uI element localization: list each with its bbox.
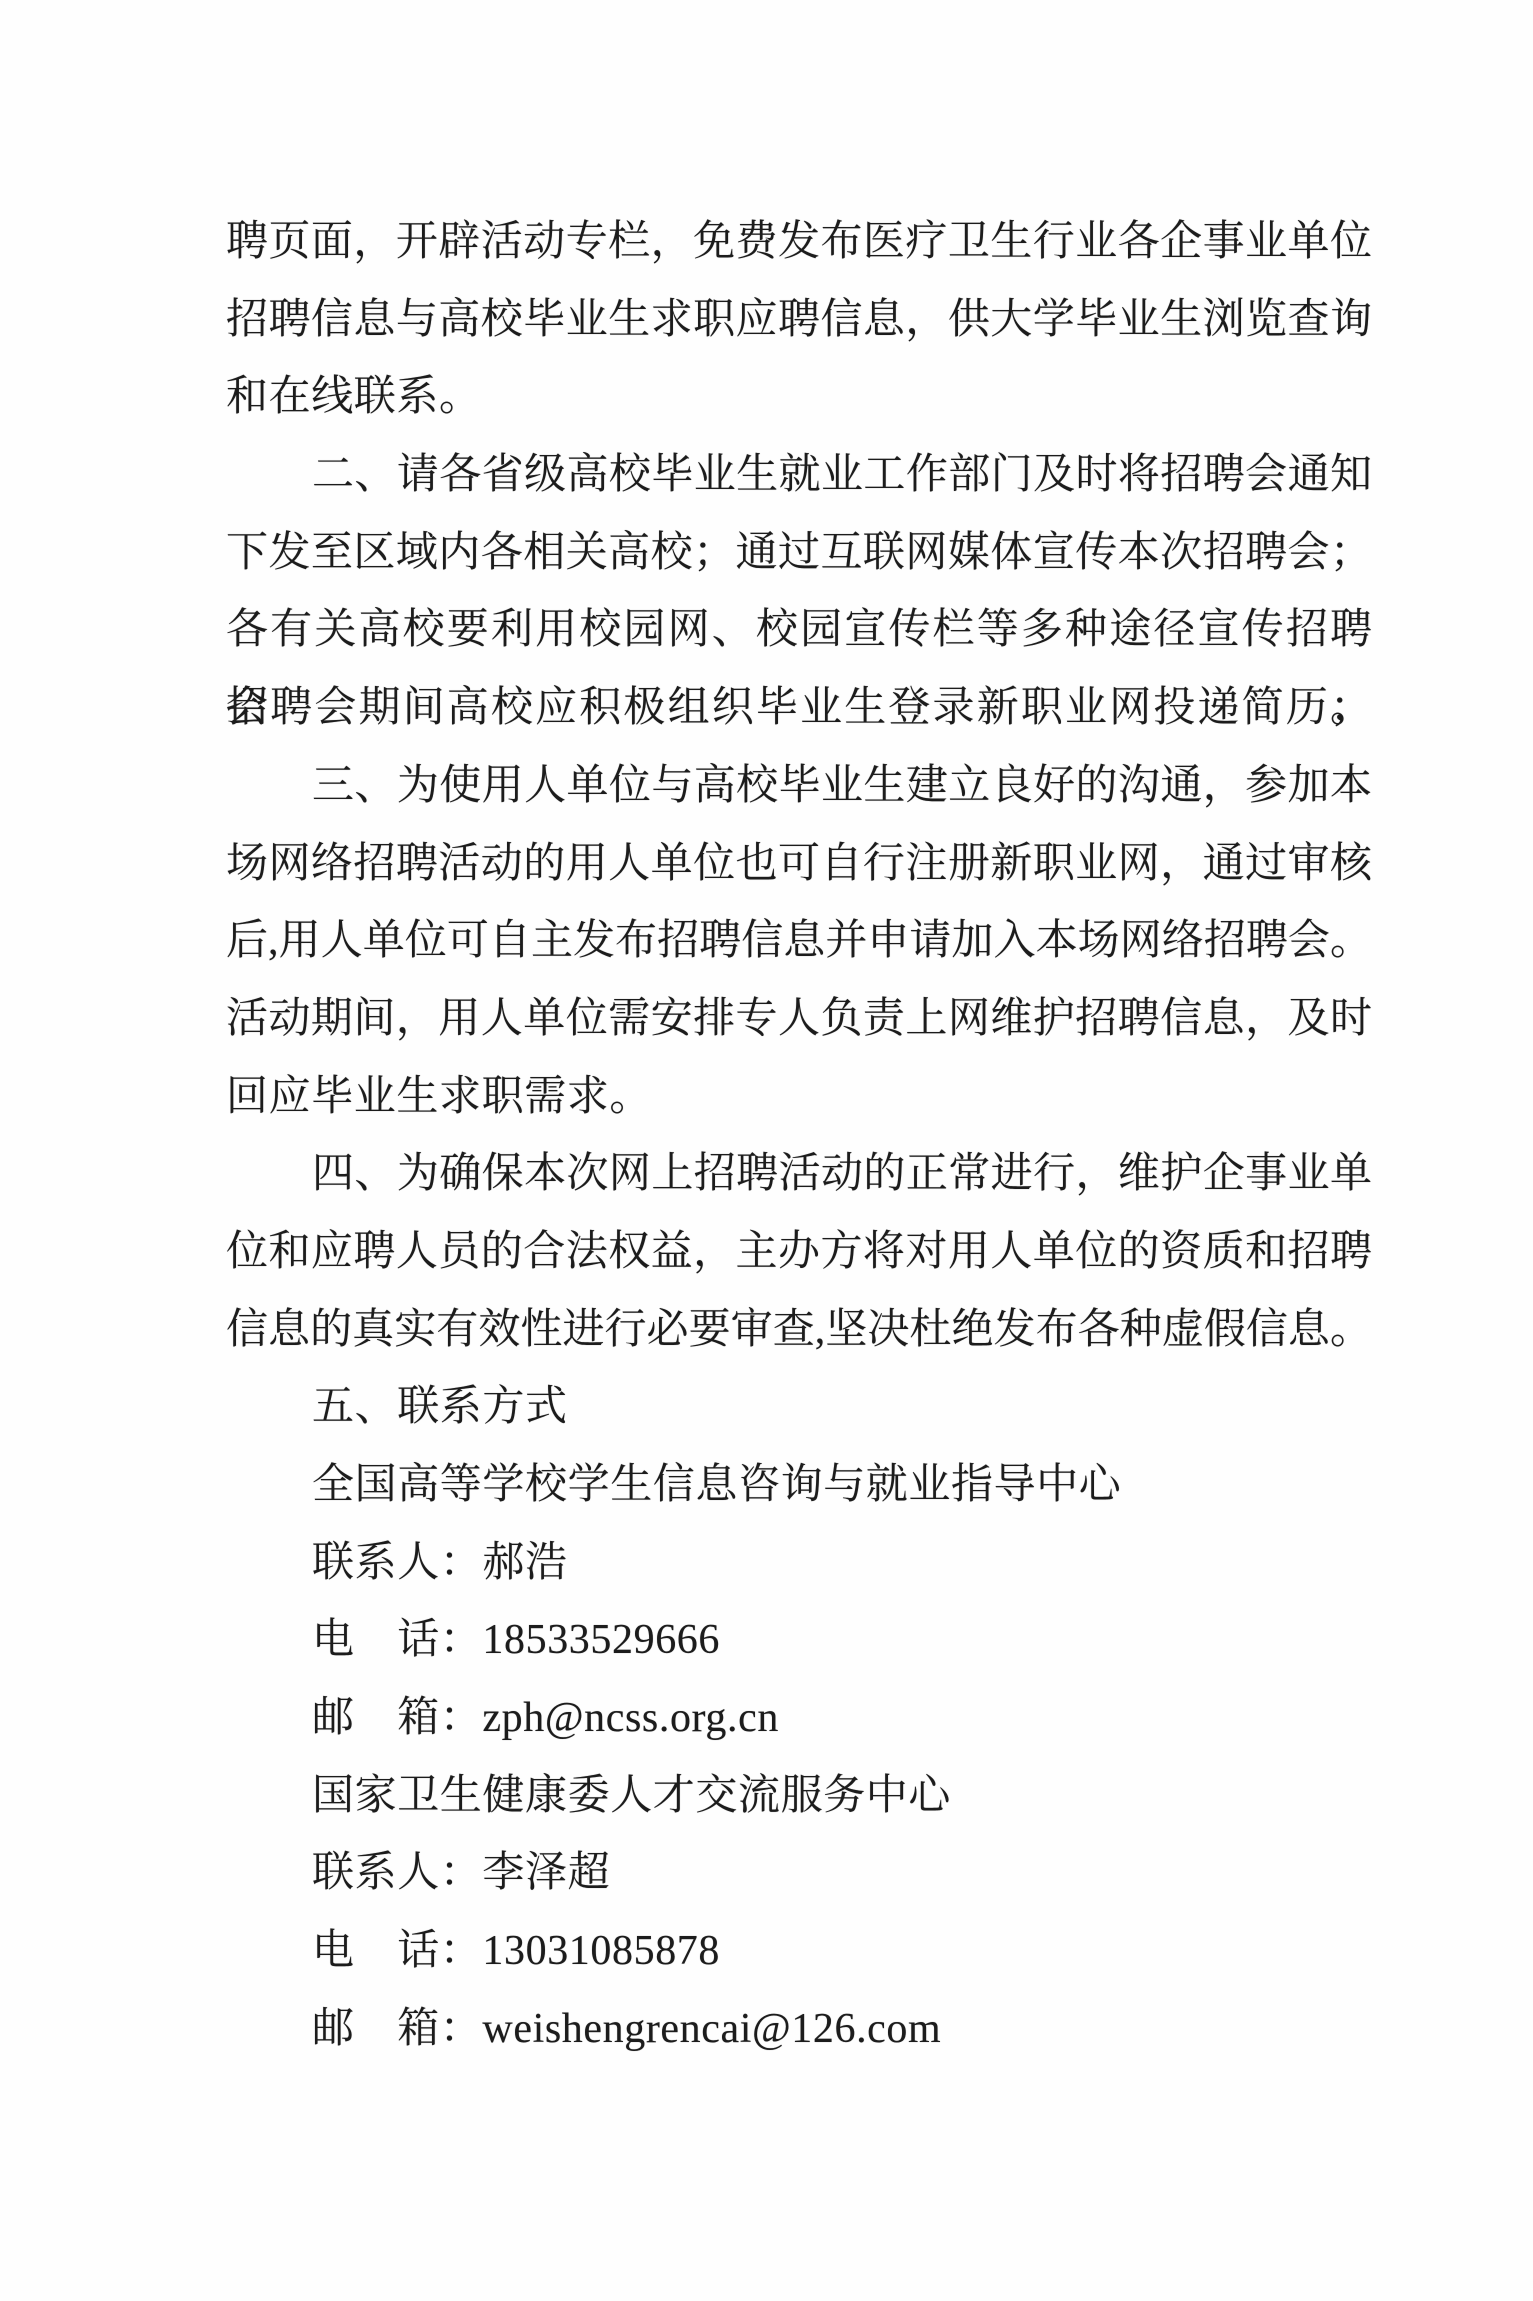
contact-phone-2: 电 话：13031085878 [226, 1913, 1372, 1991]
text-line-section-5-heading: 五、联系方式 [226, 1369, 1372, 1447]
text-line: 招聘信息与高校毕业生求职应聘信息，供大学毕业生浏览查询 [226, 282, 1372, 360]
text-line: 后,用人单位可自主发布招聘信息并申请加入本场网络招聘会。 [226, 903, 1372, 981]
contact-org-1: 全国高等学校学生信息咨询与就业指导中心 [226, 1447, 1372, 1525]
text-line: 位和应聘人员的合法权益，主办方将对用人单位的资质和招聘 [226, 1214, 1372, 1292]
text-line: 招聘会期间高校应积极组织毕业生登录新职业网投递简历。 [226, 670, 1372, 748]
contact-person-1: 联系人：郝浩 [226, 1525, 1372, 1603]
text-line: 活动期间，用人单位需安排专人负责上网维护招聘信息，及时 [226, 981, 1372, 1059]
contact-email-2: 邮 箱：weishengrencai@126.com [226, 1991, 1372, 2069]
text-line: 场网络招聘活动的用人单位也可自行注册新职业网，通过审核 [226, 826, 1372, 904]
contact-person-2: 联系人：李泽超 [226, 1835, 1372, 1913]
text-line: 聘页面，开辟活动专栏，免费发布医疗卫生行业各企事业单位 [226, 204, 1372, 282]
text-line: 和在线联系。 [226, 359, 1372, 437]
text-line: 回应毕业生求职需求。 [226, 1059, 1372, 1137]
contact-email-1: 邮 箱：zph@ncss.org.cn [226, 1680, 1372, 1758]
contact-org-2: 国家卫生健康委人才交流服务中心 [226, 1758, 1372, 1836]
document-page: 聘页面，开辟活动专栏，免费发布医疗卫生行业各企事业单位 招聘信息与高校毕业生求职… [0, 0, 1533, 2301]
text-line-section-2-heading: 二、请各省级高校毕业生就业工作部门及时将招聘会通知 [226, 437, 1372, 515]
text-line-section-4-heading: 四、为确保本次网上招聘活动的正常进行，维护企事业单 [226, 1136, 1372, 1214]
text-line: 下发至区域内各相关高校；通过互联网媒体宣传本次招聘会； [226, 515, 1372, 593]
text-line-section-3-heading: 三、为使用人单位与高校毕业生建立良好的沟通，参加本 [226, 748, 1372, 826]
text-line: 各有关高校要利用校园网、校园宣传栏等多种途径宣传招聘会； [226, 592, 1372, 670]
document-body: 聘页面，开辟活动专栏，免费发布医疗卫生行业各企事业单位 招聘信息与高校毕业生求职… [226, 204, 1372, 2069]
text-line: 信息的真实有效性进行必要审查,坚决杜绝发布各种虚假信息。 [226, 1292, 1372, 1370]
contact-phone-1: 电 话：18533529666 [226, 1602, 1372, 1680]
